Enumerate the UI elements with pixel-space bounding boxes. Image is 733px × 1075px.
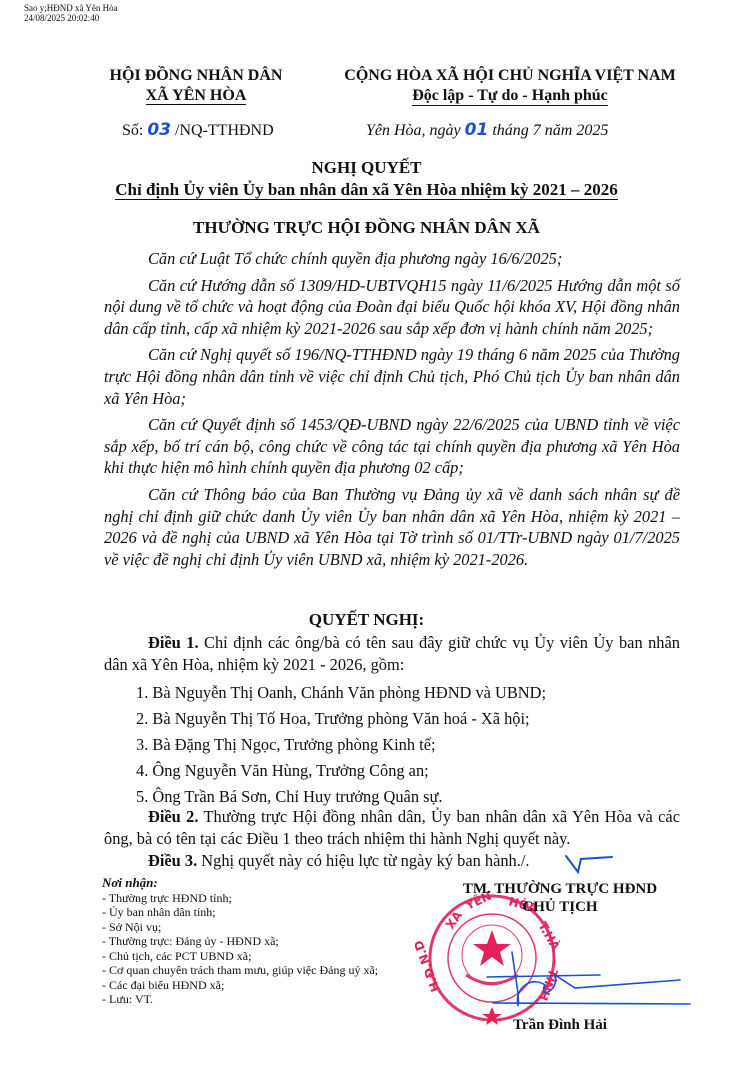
handwritten-day: 01 <box>465 120 489 140</box>
national-header: CỘNG HÒA XÃ HỘI CHỦ NGHĨA VIỆT NAM Độc l… <box>320 66 700 106</box>
recipients-heading: Nơi nhận: <box>102 876 378 891</box>
preamble-item: Căn cứ Luật Tổ chức chính quyền địa phươ… <box>104 248 680 270</box>
copy-timestamp: 24/08/2025 20:02:40 <box>24 13 118 23</box>
member-list: 1. Bà Nguyễn Thị Oanh, Chánh Văn phòng H… <box>136 680 546 810</box>
recipient-item: - Cơ quan chuyên trách tham mưu, giúp vi… <box>102 963 378 978</box>
article-1-label: Điều 1. <box>148 633 199 652</box>
signature-title: CHỦ TỊCH <box>430 898 690 916</box>
svg-text:H.Đ.N.D: H.Đ.N.D <box>411 938 443 993</box>
signature-on-behalf: TM. THƯỜNG TRỰC HĐND <box>430 880 690 898</box>
preamble-item: Căn cứ Hướng dẫn số 1309/HD-UBTVQH15 ngà… <box>104 275 680 340</box>
member-item: 1. Bà Nguyễn Thị Oanh, Chánh Văn phòng H… <box>136 680 546 706</box>
article-2-label: Điều 2. <box>148 807 198 826</box>
issuing-body-line1: HỘI ĐỒNG NHÂN DÂN <box>96 66 296 86</box>
document-number: Số: 03 /NQ-TTHĐND <box>122 120 274 140</box>
issuer-heading: THƯỜNG TRỰC HỘI ĐỒNG NHÂN DÂN XÃ <box>0 218 733 238</box>
article-3: Điều 3. Nghị quyết này có hiệu lực từ ng… <box>104 850 680 877</box>
issuing-body: HỘI ĐỒNG NHÂN DÂN XÃ YÊN HÒA <box>96 66 296 106</box>
member-item: 4. Ông Nguyễn Văn Hùng, Trưởng Công an; <box>136 758 546 784</box>
article-2: Điều 2. Thường trực Hội đồng nhân dân, Ủ… <box>104 806 680 854</box>
recipient-item: - Sở Nội vụ; <box>102 920 378 935</box>
copy-certification-stamp: Sao y;HĐND xã Yên Hòa 24/08/2025 20:02:4… <box>24 3 118 23</box>
member-item: 2. Bà Nguyễn Thị Tố Hoa, Trưởng phòng Vă… <box>136 706 546 732</box>
recipient-item: - Lưu: VT. <box>102 992 378 1007</box>
issuing-body-line2: XÃ YÊN HÒA <box>146 88 247 105</box>
preamble-item: Căn cứ Thông báo của Ban Thường vụ Đảng … <box>104 484 680 570</box>
signer-name: Trần Đình Hải <box>430 1017 690 1034</box>
article-3-label: Điều 3. <box>148 851 197 870</box>
svg-text:T.HÀ: T.HÀ <box>535 919 563 953</box>
recipient-item: - Thường trực: Đảng ủy - HĐND xã; <box>102 934 378 949</box>
preamble: Căn cứ Luật Tổ chức chính quyền địa phươ… <box>104 248 680 575</box>
article-3-text: Nghị quyết này có hiệu lực từ ngày ký ba… <box>201 851 529 870</box>
national-title: CỘNG HÒA XÃ HỘI CHỦ NGHĨA VIỆT NAM <box>320 66 700 86</box>
recipients-block: Nơi nhận: - Thường trực HĐND tỉnh; - Ủy … <box>102 876 378 1007</box>
recipient-item: - Các đại biểu HĐND xã; <box>102 978 378 993</box>
signature-block: TM. THƯỜNG TRỰC HĐND CHỦ TỊCH <box>430 880 690 916</box>
article-1: Điều 1. Chỉ định các ông/bà có tên sau đ… <box>104 632 680 680</box>
recipient-item: - Ủy ban nhân dân tỉnh; <box>102 905 378 920</box>
handwritten-number: 03 <box>147 120 171 140</box>
recipient-item: - Thường trực HĐND tỉnh; <box>102 891 378 906</box>
member-item: 3. Bà Đặng Thị Ngọc, Trưởng phòng Kinh t… <box>136 732 546 758</box>
preamble-item: Căn cứ Quyết định số 1453/QĐ-UBND ngày 2… <box>104 414 680 479</box>
preamble-item: Căn cứ Nghị quyết số 196/NQ-TTHĐND ngày … <box>104 344 680 409</box>
svg-text:TĨNH: TĨNH <box>536 967 561 1003</box>
decision-heading: QUYẾT NGHỊ: <box>0 610 733 630</box>
recipient-item: - Chủ tịch, các PCT UBND xã; <box>102 949 378 964</box>
document-type: NGHỊ QUYẾT <box>0 158 733 178</box>
star-icon <box>473 930 511 966</box>
issue-date: Yên Hòa, ngày 01 tháng 7 năm 2025 <box>366 120 608 140</box>
copy-source: Sao y;HĐND xã Yên Hòa <box>24 3 118 13</box>
document-subject: Chỉ định Ủy viên Ủy ban nhân dân xã Yên … <box>0 180 733 200</box>
national-motto: Độc lập - Tự do - Hạnh phúc <box>412 87 608 106</box>
